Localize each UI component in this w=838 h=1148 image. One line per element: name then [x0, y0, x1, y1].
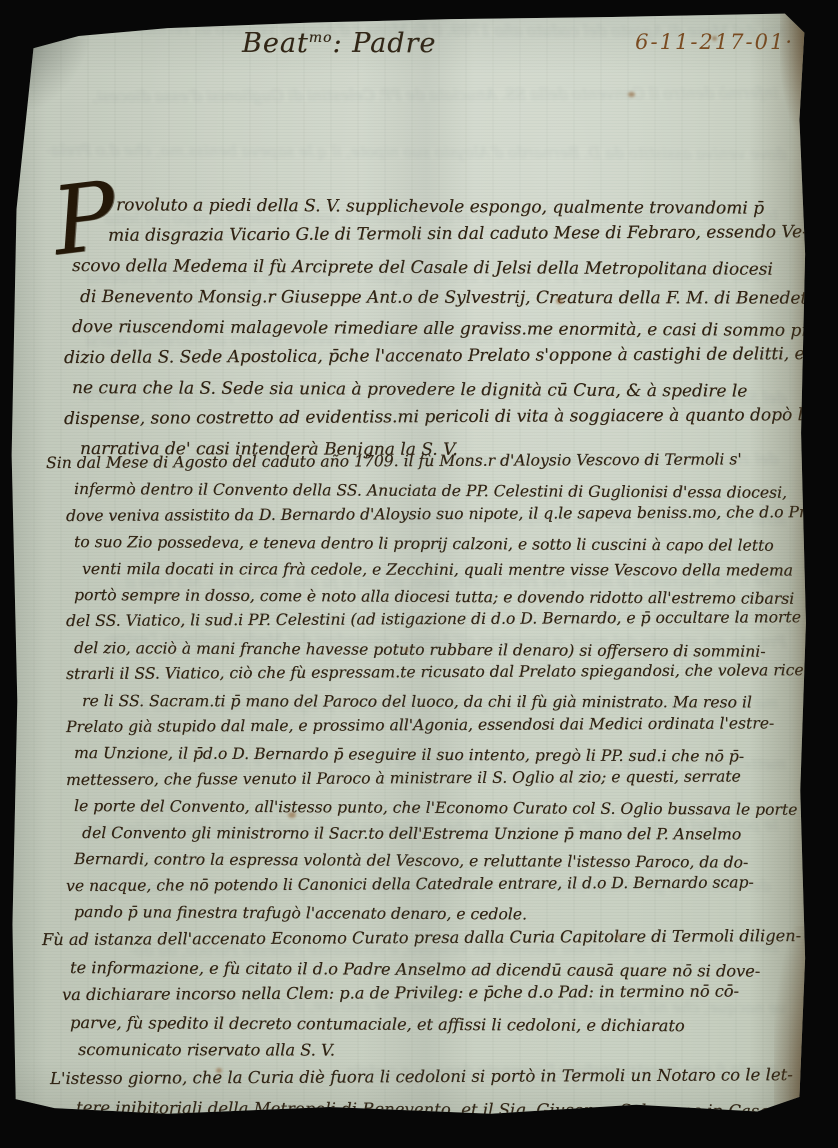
manuscript-line: dizio della S. Sede Apostolica, p̄che l'… — [64, 339, 808, 373]
shadow-corner-top-left — [6, 8, 96, 118]
manuscript-line: Prelato già stupido dal male, e prossimo… — [66, 710, 814, 740]
foxing-spot — [404, 648, 409, 652]
showthrough-line: infermò dentro il Convento della SS. Anu… — [14, 63, 778, 128]
manuscript-line: dispense, sono costretto ad evidentiss.m… — [64, 400, 808, 434]
manuscript-line: ve nacque, che nō potendo li Canonici de… — [66, 869, 814, 899]
manuscript-line: scovo della Medema il fù Arciprete del C… — [72, 251, 816, 285]
manuscript-line: tere inibitoriali della Metropoli di Ben… — [76, 1093, 818, 1126]
manuscript-line: del SS. Viatico, li sud.i PP. Celestini … — [66, 605, 814, 635]
manuscript-line: Fù ad istanza dell'accenato Economo Cura… — [42, 922, 806, 953]
manuscript-line: dove veniva assistito da D. Bernardo d'A… — [66, 499, 814, 529]
manuscript-line: Sin dal Mese di Agosto del caduto año 17… — [46, 446, 814, 476]
foxing-spot — [616, 934, 622, 939]
foxing-spot — [556, 298, 563, 304]
manuscript-line: mettessero, che fusse venuto il Paroco à… — [66, 763, 814, 793]
archival-number: 6-11-217-01· — [635, 30, 794, 54]
manuscript-line: di Benevento Monsig.r Giuseppe Ant.o de … — [80, 282, 824, 314]
manuscript-line: va dichiarare incorso nella Clem: p.a de… — [62, 977, 806, 1008]
paragraph-narrative: Sin dal Mese di Agosto del caduto año 17… — [44, 450, 812, 925]
salutation-text: Beat — [242, 28, 309, 59]
torn-corner-bottom-right — [774, 926, 814, 1126]
foxing-spot — [712, 36, 717, 41]
salutation-superscript: mo — [309, 30, 333, 46]
manuscript-line: strarli il SS. Viatico, ciò che fù espre… — [66, 657, 814, 687]
manuscript-line: venti mila docati in circa frà cedole, e… — [82, 556, 830, 584]
manuscript-line: del Convento gli ministrorno il Sacr.to … — [82, 820, 830, 848]
foxing-spot — [216, 1068, 222, 1073]
salutation-suffix: : Padre — [333, 28, 437, 59]
manuscript-line: L'istesso giorno, che la Curia diè fuora… — [50, 1060, 810, 1093]
manuscript-line: le porte del Convento, all'istesso punto… — [74, 793, 822, 823]
showthrough-line: dove veniva assistito da D. Bernardo d'A… — [22, 120, 786, 185]
foxing-spot — [288, 812, 296, 818]
paragraph-curia-proceedings: Fù ad istanza dell'accenato Economo Cura… — [40, 926, 804, 1064]
manuscript-line: mia disgrazia Vicario G.le di Termoli si… — [64, 217, 808, 251]
paragraph-petition-intro: P rovoluto a piedi della S. V. suppliche… — [58, 190, 806, 465]
manuscript-page: Sin dal Mese di Agosto del caduto año 17… — [6, 8, 814, 1126]
manuscript-line: parve, fù spedito il decreto contumacial… — [70, 1009, 814, 1040]
paragraph-notary: L'istesso giorno, che la Curia diè fuora… — [48, 1064, 808, 1122]
salutation: Beatmo: Padre — [242, 28, 436, 59]
manuscript-line: to suo Zio possedeva, e teneva dentro li… — [74, 529, 822, 559]
torn-corner-top-right — [780, 8, 814, 138]
foxing-spot — [628, 92, 635, 97]
